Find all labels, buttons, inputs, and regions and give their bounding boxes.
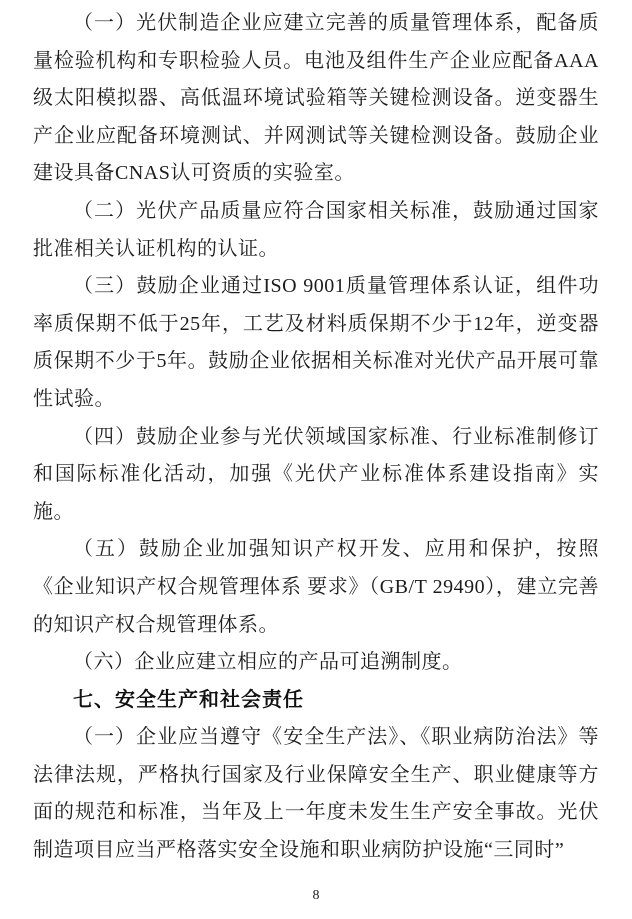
paragraph-quality-3: （三）鼓励企业通过ISO 9001质量管理体系认证，组件功率质保期不低于25年，… bbox=[33, 268, 599, 418]
paragraph-quality-1: （一）光伏制造企业应建立完善的质量管理体系，配备质量检验机构和专职检验人员。电池… bbox=[33, 5, 599, 193]
paragraph-quality-5: （五）鼓励企业加强知识产权开发、应用和保护，按照《企业知识产权合规管理体系 要求… bbox=[33, 531, 599, 644]
document-page: （一）光伏制造企业应建立完善的质量管理体系，配备质量检验机构和专职检验人员。电池… bbox=[0, 0, 632, 919]
paragraph-quality-6: （六）企业应建立相应的产品可追溯制度。 bbox=[33, 644, 599, 682]
page-number: 8 bbox=[313, 888, 320, 903]
page-footer: 8 bbox=[0, 886, 632, 906]
paragraph-quality-4: （四）鼓励企业参与光伏领域国家标准、行业标准制修订和国际标准化活动，加强《光伏产… bbox=[33, 419, 599, 532]
document-body: （一）光伏制造企业应建立完善的质量管理体系，配备质量检验机构和专职检验人员。电池… bbox=[33, 5, 599, 870]
section-heading-safety: 七、安全生产和社会责任 bbox=[33, 682, 599, 720]
paragraph-quality-2: （二）光伏产品质量应符合国家相关标准，鼓励通过国家批准相关认证机构的认证。 bbox=[33, 193, 599, 268]
paragraph-safety-1: （一）企业应当遵守《安全生产法》、《职业病防治法》等法律法规，严格执行国家及行业… bbox=[33, 719, 599, 869]
